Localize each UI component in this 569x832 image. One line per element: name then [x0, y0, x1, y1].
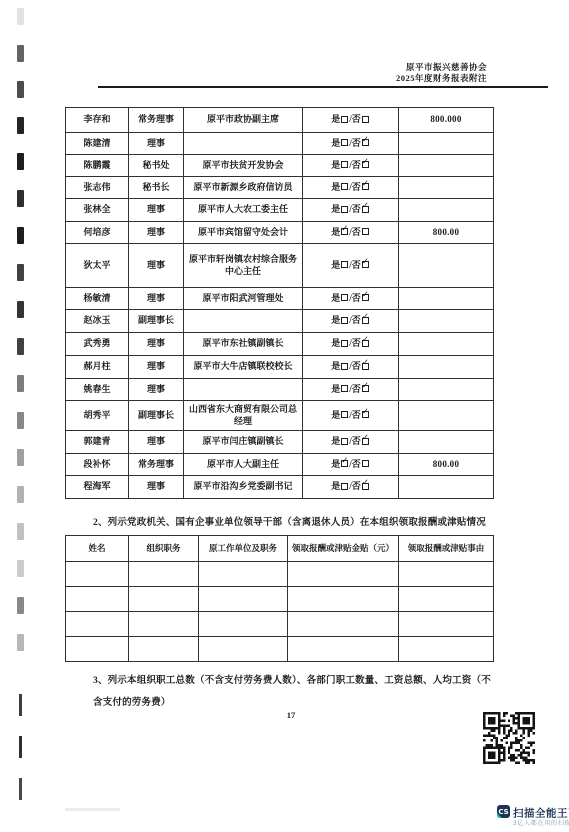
table-row: 胡秀平副理事长山西省东大商贸有限公司总经理是/否✓ — [66, 401, 494, 431]
cell-yes-no: 是/否✓ — [303, 379, 399, 401]
yes-checkbox — [341, 438, 348, 445]
yes-checkbox — [341, 261, 348, 268]
check-mark: ✓ — [362, 202, 369, 210]
cell-name: 程海军 — [66, 476, 129, 499]
table-row: 姚春生理事是/否✓ — [66, 379, 494, 401]
section3-heading-line1: 3、列示本组织职工总数（不含支付劳务费人数）、各部门职工数量、工资总额、人均工资… — [93, 672, 491, 686]
table-row: 郝月柱理事原平市大牛店镇联校校长是/否✓ — [66, 356, 494, 379]
yes-checkbox: ✓ — [341, 228, 348, 235]
cell-unit — [184, 310, 303, 333]
cell-unit — [184, 379, 303, 401]
salary-empty-cell — [129, 612, 199, 637]
yes-checkbox — [341, 363, 348, 370]
cell-position: 理事 — [129, 333, 184, 356]
no-checkbox — [362, 460, 369, 467]
yes-checkbox — [341, 183, 348, 190]
binding-mark — [19, 736, 22, 758]
cell-name: 李存和 — [66, 108, 129, 133]
table-row: 武秀勇理事原平市东社镇副镇长是/否✓ — [66, 333, 494, 356]
header-org-name: 原平市振兴慈善协会 — [396, 62, 487, 73]
cell-position: 理事 — [129, 199, 184, 222]
salary-empty-cell — [399, 587, 494, 612]
cell-position: 理事 — [129, 244, 184, 288]
cell-name: 杨敏清 — [66, 288, 129, 310]
yes-checkbox — [341, 161, 348, 168]
cell-unit: 原平市闫庄镇副镇长 — [184, 431, 303, 454]
cell-name: 陈建清 — [66, 133, 129, 155]
salary-empty-cell — [399, 637, 494, 662]
no-checkbox: ✓ — [362, 161, 369, 168]
cell-unit: 原平市阳武河管理处 — [184, 288, 303, 310]
cell-position: 理事 — [129, 476, 184, 499]
salary-empty-cell — [288, 587, 399, 612]
cell-amount — [399, 310, 494, 333]
no-checkbox: ✓ — [362, 385, 369, 392]
yes-checkbox — [341, 483, 348, 490]
salary-empty-cell — [399, 612, 494, 637]
salary-empty-cell — [129, 562, 199, 587]
cell-position: 副理事长 — [129, 401, 184, 431]
binding-mark — [17, 301, 24, 318]
cell-unit: 原平市政协副主席 — [184, 108, 303, 133]
check-mark: ✓ — [362, 136, 369, 144]
section2-heading: 2、列示党政机关、国有企事业单位领导干部（含离退休人员）在本组织领取报酬或津贴情… — [93, 514, 486, 528]
binding-mark — [17, 153, 24, 170]
header-rule — [98, 86, 548, 88]
cell-amount — [399, 356, 494, 379]
cell-yes-no: 是/否✓ — [303, 288, 399, 310]
no-checkbox: ✓ — [362, 261, 369, 268]
cell-unit: 原平市轩岗镇农村综合服务中心主任 — [184, 244, 303, 288]
check-mark: ✓ — [362, 479, 369, 487]
cell-yes-no: 是/否✓ — [303, 476, 399, 499]
qr-code-icon — [483, 712, 535, 764]
cell-unit — [184, 133, 303, 155]
binding-mark — [17, 412, 24, 429]
cell-position: 秘书长 — [129, 177, 184, 199]
binding-mark — [17, 8, 24, 25]
cell-unit: 原平市扶贫开发协会 — [184, 155, 303, 177]
cell-yes-no: 是/否✓ — [303, 333, 399, 356]
check-mark: ✓ — [362, 313, 369, 321]
binding-mark — [17, 190, 24, 207]
cell-yes-no: 是/否✓ — [303, 133, 399, 155]
check-mark: ✓ — [362, 382, 369, 390]
salary-empty-row — [66, 587, 494, 612]
salary-empty-cell — [129, 637, 199, 662]
no-checkbox: ✓ — [362, 363, 369, 370]
salary-empty-row — [66, 562, 494, 587]
scan-smudge — [65, 808, 120, 811]
check-mark: ✓ — [362, 408, 369, 416]
check-mark: ✓ — [362, 180, 369, 188]
table-row: 陈鹏霞秘书处原平市扶贫开发协会是/否✓ — [66, 155, 494, 177]
cell-amount — [399, 244, 494, 288]
camscanner-brand-name: 扫描全能王™ — [513, 805, 569, 820]
no-checkbox: ✓ — [362, 340, 369, 347]
salary-empty-cell — [199, 637, 288, 662]
cell-yes-no: 是/否✓ — [303, 356, 399, 379]
salary-empty-cell — [66, 637, 129, 662]
salary-table: 姓名组织职务原工作单位及职务领取报酬或津贴金贴（元）领取报酬或津贴事由 — [65, 535, 494, 662]
cell-amount: 800.00 — [399, 222, 494, 244]
cell-yes-no: 是/否✓ — [303, 401, 399, 431]
table-row: 郭建青理事原平市闫庄镇副镇长是/否✓ — [66, 431, 494, 454]
cell-amount: 800.00 — [399, 454, 494, 476]
binding-mark — [17, 560, 24, 577]
no-checkbox — [362, 228, 369, 235]
salary-header-cell: 原工作单位及职务 — [199, 536, 288, 562]
cell-position: 理事 — [129, 431, 184, 454]
cell-yes-no: 是/否✓ — [303, 244, 399, 288]
binding-mark — [17, 338, 24, 355]
table-row: 赵冰玉副理事长是/否✓ — [66, 310, 494, 333]
cell-name: 张林全 — [66, 199, 129, 222]
cell-unit: 山西省东大商贸有限公司总经理 — [184, 401, 303, 431]
check-mark: ✓ — [362, 158, 369, 166]
check-mark: ✓ — [362, 336, 369, 344]
cell-name: 胡秀平 — [66, 401, 129, 431]
cell-amount — [399, 476, 494, 499]
yes-checkbox — [341, 317, 348, 324]
document-header: 原平市振兴慈善协会 2025年度财务报表附注 — [396, 62, 487, 84]
salary-header-cell: 领取报酬或津贴金贴（元） — [288, 536, 399, 562]
salary-empty-row — [66, 637, 494, 662]
table-row: 张志伟秘书长原平市新源乡政府信访员是/否✓ — [66, 177, 494, 199]
check-mark: ✓ — [362, 291, 369, 299]
salary-empty-cell — [66, 612, 129, 637]
cell-amount — [399, 379, 494, 401]
cell-amount — [399, 288, 494, 310]
cell-unit: 原平市人大副主任 — [184, 454, 303, 476]
check-mark: ✓ — [362, 359, 369, 367]
scanned-document-page: 原平市振兴慈善协会 2025年度财务报表附注 李存和常务理事原平市政协副主席是/… — [0, 0, 569, 832]
salary-empty-cell — [199, 612, 288, 637]
salary-empty-cell — [66, 562, 129, 587]
table-row: 何培彦理事原平市宾馆留守处会计是✓/否800.00 — [66, 222, 494, 244]
binding-mark — [17, 634, 24, 651]
cell-yes-no: 是/否✓ — [303, 310, 399, 333]
salary-header-cell: 姓名 — [66, 536, 129, 562]
cell-position: 副理事长 — [129, 310, 184, 333]
yes-checkbox: ✓ — [341, 460, 348, 467]
binding-mark — [19, 778, 22, 800]
binding-mark — [17, 264, 24, 281]
section3-heading-line2: 含支付的劳务费） — [93, 694, 171, 708]
cell-position: 理事 — [129, 356, 184, 379]
yes-checkbox — [341, 385, 348, 392]
check-mark: ✓ — [341, 457, 348, 465]
cell-position: 理事 — [129, 222, 184, 244]
cell-yes-no: 是✓/否 — [303, 454, 399, 476]
yes-checkbox — [341, 294, 348, 301]
cell-amount — [399, 431, 494, 454]
camscanner-tagline: 3亿人都在用的扫描App — [513, 820, 569, 827]
table-row: 陈建清理事是/否✓ — [66, 133, 494, 155]
cell-name: 赵冰玉 — [66, 310, 129, 333]
cell-amount — [399, 155, 494, 177]
binding-mark — [17, 117, 24, 134]
cell-amount — [399, 401, 494, 431]
cell-name: 张志伟 — [66, 177, 129, 199]
no-checkbox: ✓ — [362, 483, 369, 490]
yes-checkbox — [341, 340, 348, 347]
cell-unit: 原平市沿沟乡党委副书记 — [184, 476, 303, 499]
yes-checkbox — [341, 206, 348, 213]
check-mark: ✓ — [362, 258, 369, 266]
check-mark: ✓ — [362, 434, 369, 442]
yes-checkbox — [341, 411, 348, 418]
camscanner-watermark: CS 扫描全能王™ 3亿人都在用的扫描App — [497, 805, 569, 827]
no-checkbox: ✓ — [362, 294, 369, 301]
cell-yes-no: 是/否✓ — [303, 177, 399, 199]
cell-position: 常务理事 — [129, 454, 184, 476]
salary-empty-cell — [399, 562, 494, 587]
cell-position: 理事 — [129, 133, 184, 155]
binding-mark — [17, 375, 24, 392]
cell-position: 常务理事 — [129, 108, 184, 133]
cell-amount: 800.000 — [399, 108, 494, 133]
cell-unit: 原平市人大农工委主任 — [184, 199, 303, 222]
cell-yes-no: 是/否✓ — [303, 199, 399, 222]
no-checkbox: ✓ — [362, 139, 369, 146]
camscanner-logo-icon: CS — [497, 805, 510, 818]
table-row: 狄太平理事原平市轩岗镇农村综合服务中心主任是/否✓ — [66, 244, 494, 288]
cell-yes-no: 是/否 — [303, 108, 399, 133]
binding-mark — [17, 486, 24, 503]
salary-empty-cell — [288, 612, 399, 637]
table-row: 段补怀常务理事原平市人大副主任是✓/否800.00 — [66, 454, 494, 476]
table-row: 张林全理事原平市人大农工委主任是/否✓ — [66, 199, 494, 222]
check-mark: ✓ — [341, 225, 348, 233]
cell-position: 秘书处 — [129, 155, 184, 177]
binding-mark — [17, 81, 24, 98]
officers-table: 李存和常务理事原平市政协副主席是/否800.000陈建清理事是/否✓陈鹏霞秘书处… — [65, 107, 494, 499]
cell-position: 理事 — [129, 288, 184, 310]
cell-yes-no: 是✓/否 — [303, 222, 399, 244]
salary-empty-cell — [66, 587, 129, 612]
salary-empty-cell — [288, 637, 399, 662]
no-checkbox: ✓ — [362, 411, 369, 418]
cell-unit: 原平市新源乡政府信访员 — [184, 177, 303, 199]
salary-empty-cell — [288, 562, 399, 587]
binding-mark — [19, 694, 22, 716]
cell-yes-no: 是/否✓ — [303, 155, 399, 177]
no-checkbox: ✓ — [362, 438, 369, 445]
table-row: 程海军理事原平市沿沟乡党委副书记是/否✓ — [66, 476, 494, 499]
salary-empty-cell — [199, 587, 288, 612]
cs-icon-letters: CS — [498, 808, 508, 816]
no-checkbox: ✓ — [362, 317, 369, 324]
cell-position: 理事 — [129, 379, 184, 401]
cell-name: 狄太平 — [66, 244, 129, 288]
table-row: 杨敏清理事原平市阳武河管理处是/否✓ — [66, 288, 494, 310]
header-doc-title: 2025年度财务报表附注 — [396, 73, 487, 84]
cell-name: 段补怀 — [66, 454, 129, 476]
cell-amount — [399, 133, 494, 155]
salary-empty-cell — [199, 562, 288, 587]
cell-name: 郭建青 — [66, 431, 129, 454]
cell-unit: 原平市宾馆留守处会计 — [184, 222, 303, 244]
cell-name: 武秀勇 — [66, 333, 129, 356]
salary-header-cell: 领取报酬或津贴事由 — [399, 536, 494, 562]
cell-unit: 原平市东社镇副镇长 — [184, 333, 303, 356]
binding-mark — [17, 449, 24, 466]
cell-name: 何培彦 — [66, 222, 129, 244]
binding-mark — [17, 597, 24, 614]
salary-header-row: 姓名组织职务原工作单位及职务领取报酬或津贴金贴（元）领取报酬或津贴事由 — [66, 536, 494, 562]
salary-header-cell: 组织职务 — [129, 536, 199, 562]
no-checkbox: ✓ — [362, 183, 369, 190]
cell-name: 姚春生 — [66, 379, 129, 401]
cell-amount — [399, 333, 494, 356]
binding-mark — [17, 45, 24, 62]
yes-checkbox — [341, 116, 348, 123]
binding-mark — [17, 227, 24, 244]
binding-mark — [17, 523, 24, 540]
cell-yes-no: 是/否✓ — [303, 431, 399, 454]
salary-empty-cell — [129, 587, 199, 612]
cell-name: 郝月柱 — [66, 356, 129, 379]
salary-empty-row — [66, 612, 494, 637]
cell-name: 陈鹏霞 — [66, 155, 129, 177]
page-number: 17 — [281, 710, 301, 720]
cell-unit: 原平市大牛店镇联校校长 — [184, 356, 303, 379]
table-row: 李存和常务理事原平市政协副主席是/否800.000 — [66, 108, 494, 133]
cell-amount — [399, 199, 494, 222]
no-checkbox — [362, 116, 369, 123]
cell-amount — [399, 177, 494, 199]
no-checkbox: ✓ — [362, 206, 369, 213]
yes-checkbox — [341, 139, 348, 146]
